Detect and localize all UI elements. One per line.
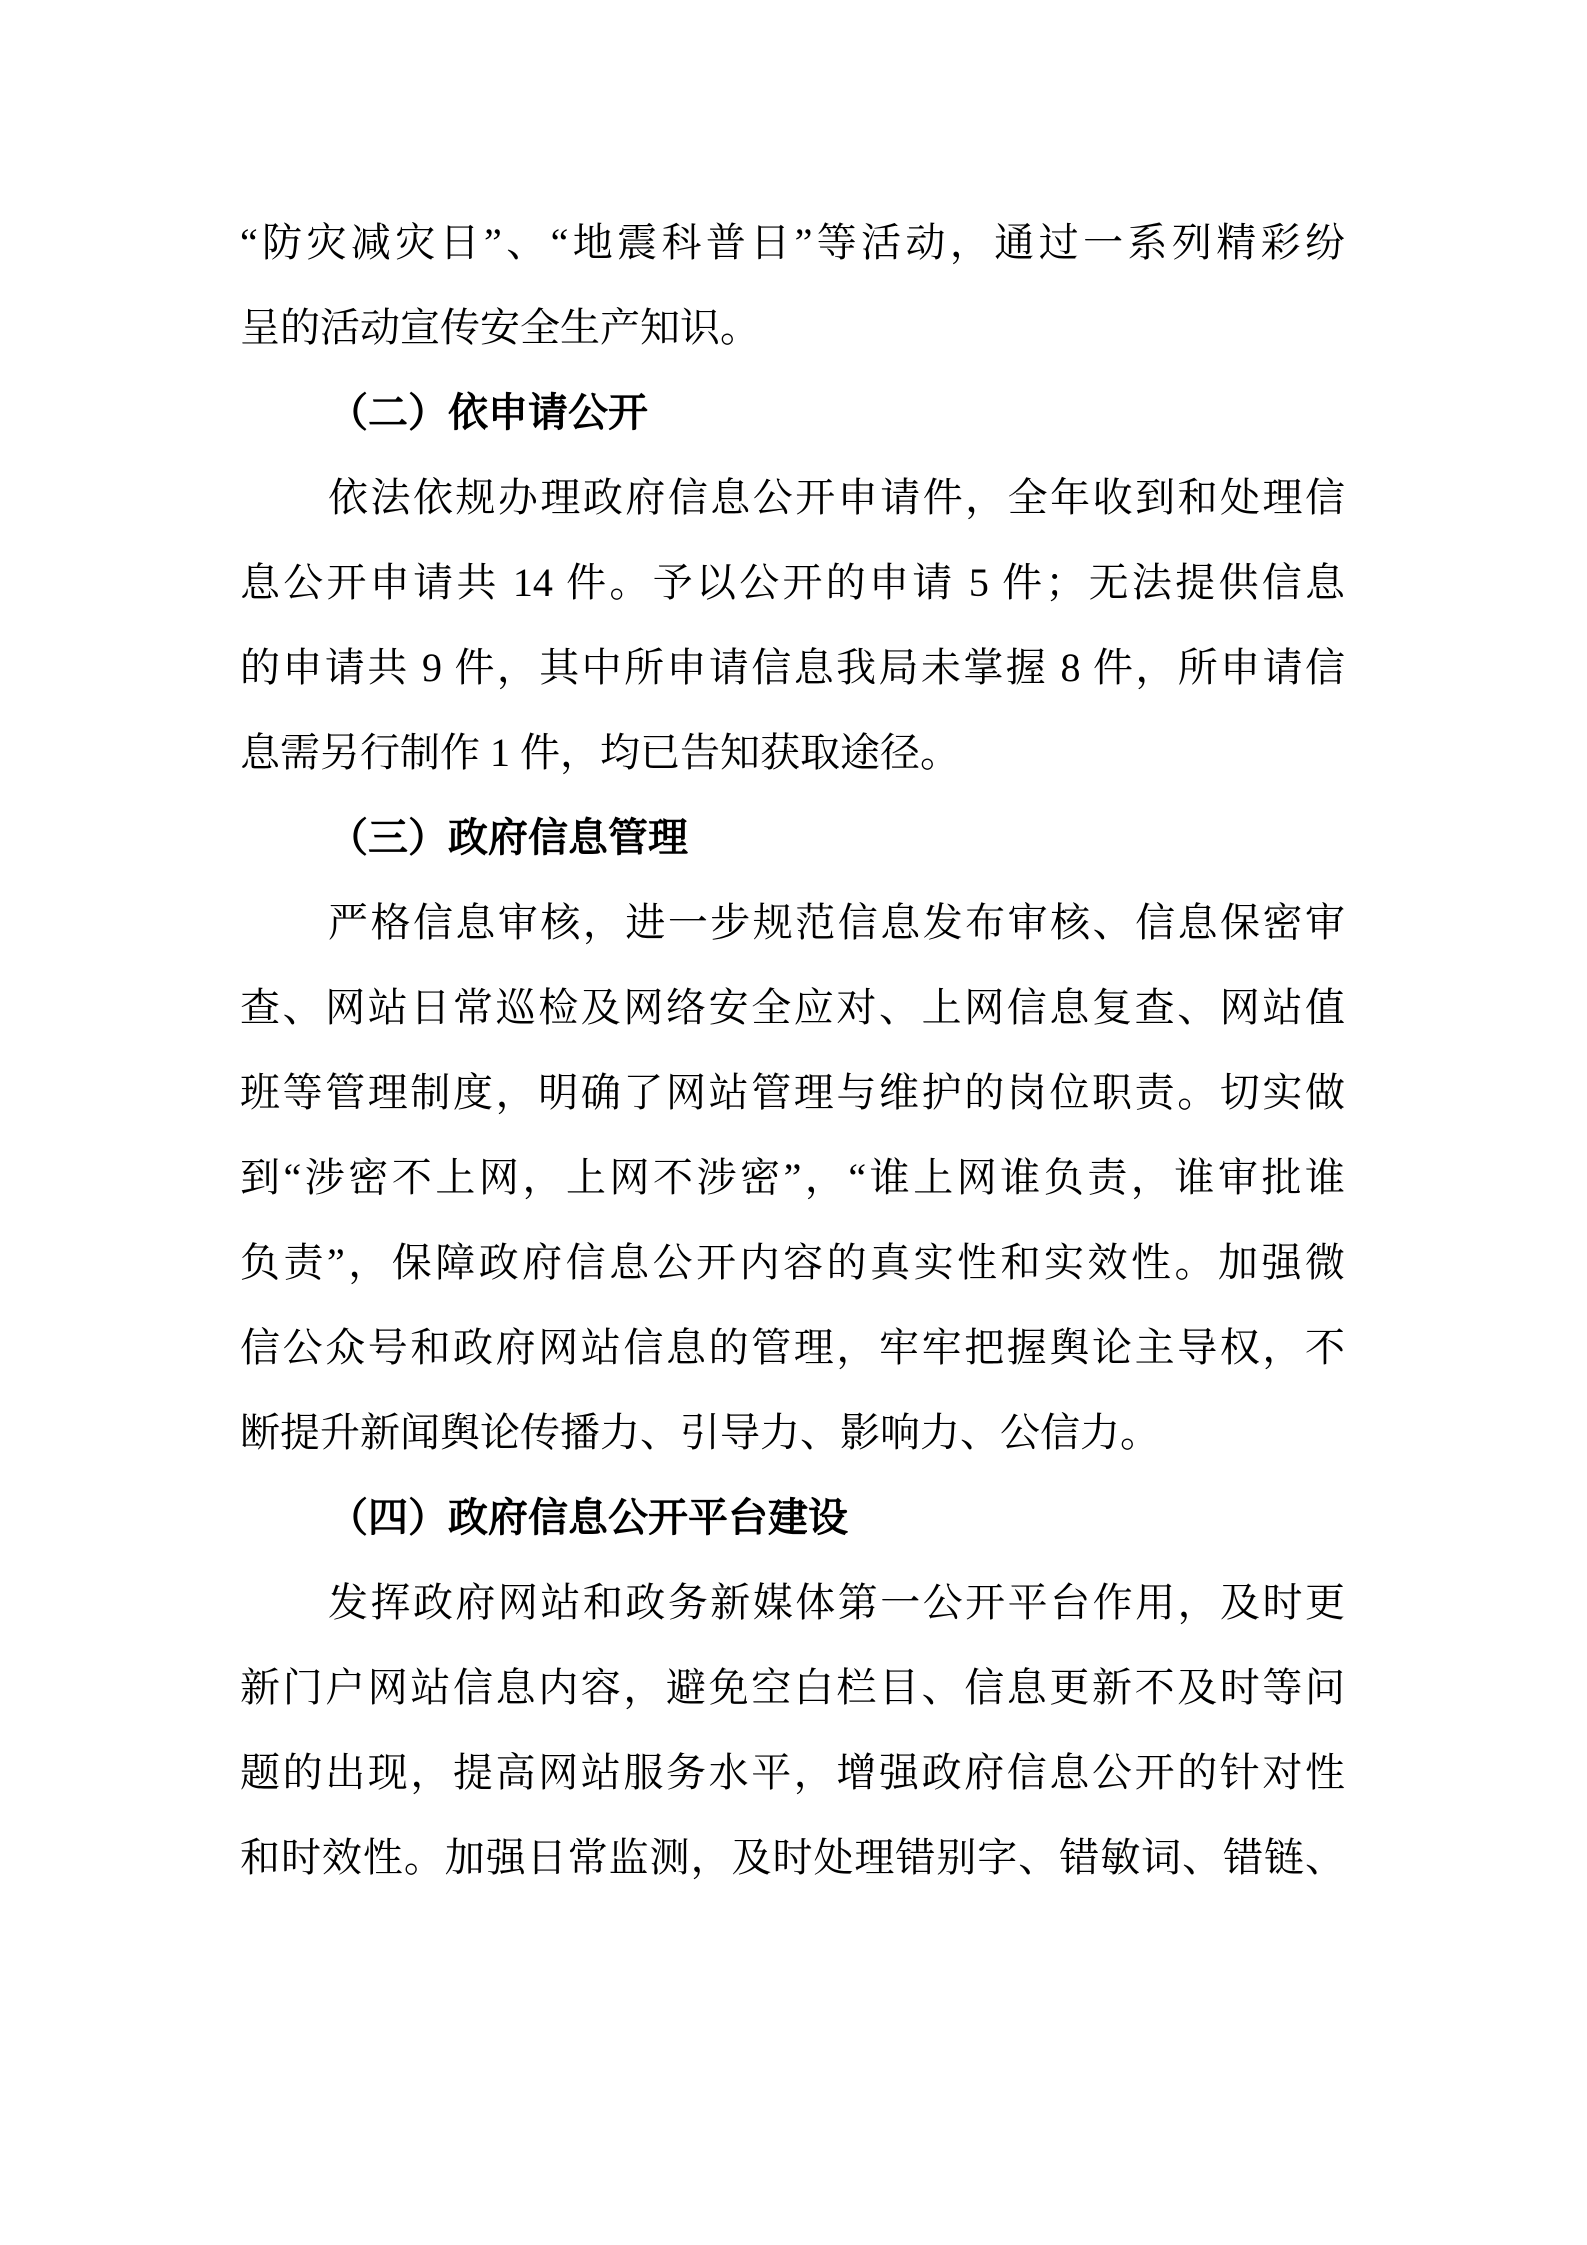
document-text: “防灾减灾日”、“地震科普日”等活动，通过一系列精彩纷呈的活动宣传安全生产知识。… [240,200,1345,1900]
body-line: 新门户网站信息内容，避免空白栏目、信息更新不及时等问 [240,1645,1345,1730]
body-line: 和时效性。加强日常监测，及时处理错别字、错敏词、错链、 [240,1815,1345,1900]
body-line: 班等管理制度，明确了网站管理与维护的岗位职责。切实做 [240,1050,1345,1135]
body-line: 信公众号和政府网站信息的管理，牢牢把握舆论主导权，不 [240,1305,1345,1390]
section-heading: （四）政府信息公开平台建设 [240,1475,1345,1560]
document-page: “防灾减灾日”、“地震科普日”等活动，通过一系列精彩纷呈的活动宣传安全生产知识。… [0,0,1587,2245]
body-line: 的申请共 9 件，其中所申请信息我局未掌握 8 件，所申请信 [240,625,1345,710]
body-line: 查、网站日常巡检及网络安全应对、上网信息复查、网站值 [240,965,1345,1050]
body-line: 题的出现，提高网站服务水平，增强政府信息公开的针对性 [240,1730,1345,1815]
body-line: 负责”，保障政府信息公开内容的真实性和实效性。加强微 [240,1220,1345,1305]
section-heading: （三）政府信息管理 [240,795,1345,880]
body-line: 断提升新闻舆论传播力、引导力、影响力、公信力。 [240,1390,1345,1475]
body-line: 严格信息审核，进一步规范信息发布审核、信息保密审 [240,880,1345,965]
body-line: 呈的活动宣传安全生产知识。 [240,285,1345,370]
section-heading: （二）依申请公开 [240,370,1345,455]
body-line: 息需另行制作 1 件，均已告知获取途径。 [240,710,1345,795]
body-line: 依法依规办理政府信息公开申请件，全年收到和处理信 [240,455,1345,540]
body-line: 到“涉密不上网，上网不涉密”，“谁上网谁负责，谁审批谁 [240,1135,1345,1220]
body-line: 发挥政府网站和政务新媒体第一公开平台作用，及时更 [240,1560,1345,1645]
body-line: 息公开申请共 14 件。予以公开的申请 5 件；无法提供信息 [240,540,1345,625]
body-line: “防灾减灾日”、“地震科普日”等活动，通过一系列精彩纷 [240,200,1345,285]
